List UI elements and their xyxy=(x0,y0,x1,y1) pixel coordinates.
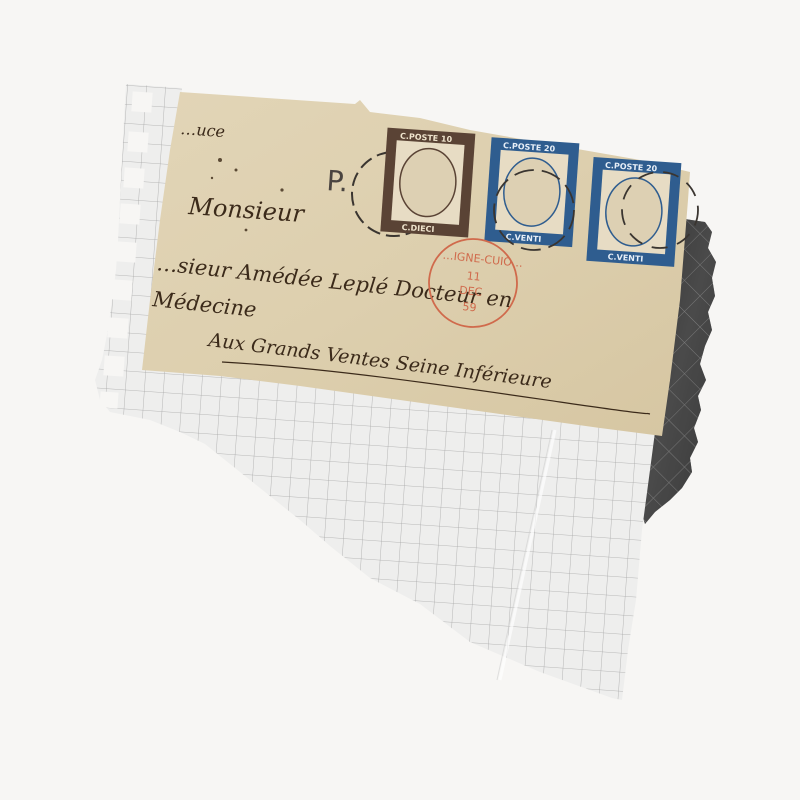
svg-text:P.: P. xyxy=(326,164,350,198)
svg-text:DEC: DEC xyxy=(459,284,484,299)
stamp-dieci: C.POSTE 10 C.DIECI xyxy=(380,128,475,238)
svg-text:59: 59 xyxy=(462,300,477,314)
svg-text:11: 11 xyxy=(466,269,481,283)
address-line-1: …uce xyxy=(180,119,226,141)
collage-scene: …uce Monsieur …sieur Amédée Leplé Docteu… xyxy=(0,0,800,800)
